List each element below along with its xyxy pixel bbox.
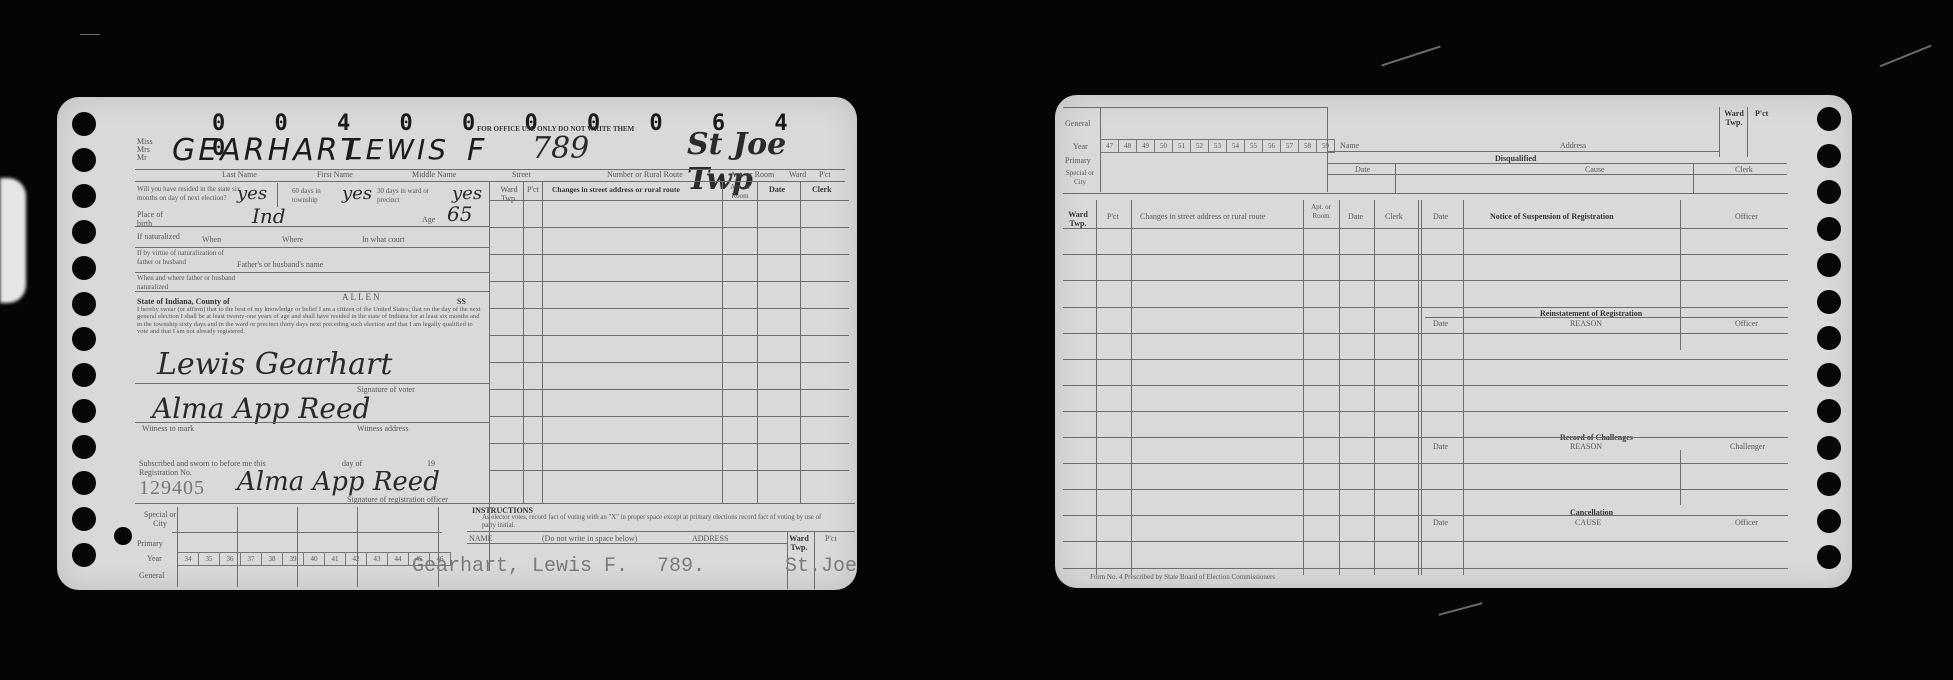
residence-township-answer: yes <box>342 183 372 204</box>
front-th-changes: Changes in street address or rural route <box>552 185 680 194</box>
punch-hole <box>72 327 96 351</box>
reinstatement-th-reason: REASON <box>1570 319 1602 328</box>
back-grid-label-primary: Primary <box>1065 156 1091 165</box>
punch-hole <box>72 543 96 567</box>
punch-holes-back <box>1817 107 1841 569</box>
suspension-th-date: Date <box>1433 212 1448 221</box>
registration-card-front: 0 0 4 0 0 0 0 0 6 4 0 FOR OFFICE USE ONL… <box>57 97 857 590</box>
back-name-label: Name <box>1340 141 1359 150</box>
punch-hole <box>72 507 96 531</box>
punch-holes <box>72 112 96 567</box>
punch-hole <box>72 399 96 423</box>
grid-label-special: Special or City <box>142 510 178 528</box>
punch-hole <box>1817 217 1841 241</box>
punch-hole <box>72 292 96 316</box>
label-pct: P'ct <box>819 170 831 179</box>
challenges-th-date: Date <box>1433 442 1448 451</box>
cancellation-th-date: Date <box>1433 518 1448 527</box>
fathers-name-label: Father's or husband's name <box>237 260 323 269</box>
back-date-label: Date <box>1355 165 1370 174</box>
back-th-ward: Ward Twp. <box>1065 210 1091 228</box>
punch-hole <box>72 184 96 208</box>
label-street: Street <box>512 170 531 179</box>
cancellation-th-cause: CAUSE <box>1575 518 1601 527</box>
punch-hole <box>1817 436 1841 460</box>
back-grid-label-year: Year <box>1073 142 1088 151</box>
label-ward: Ward <box>789 170 806 179</box>
grid-label-general: General <box>139 571 164 580</box>
front-th-clerk: Clerk <box>812 185 832 194</box>
cancellation-th-officer: Officer <box>1735 518 1758 527</box>
front-year-row: 34 35 36 37 38 39 40 41 42 43 44 45 46 <box>177 552 451 566</box>
label-first-name: First Name <box>317 170 353 179</box>
last-name-value: GEARHART <box>172 133 362 168</box>
age-label: Age <box>422 215 435 224</box>
punch-hole <box>1817 326 1841 350</box>
punch-hole <box>1817 472 1841 496</box>
film-scratch <box>1381 45 1441 66</box>
punch-hole <box>72 363 96 387</box>
punch-hole <box>72 112 96 136</box>
punch-hole <box>1817 545 1841 569</box>
residence-township-question: 60 days in township <box>292 187 332 205</box>
middle-name-value: F <box>467 133 484 168</box>
oath-text: I hereby swear (or affirm) that to the b… <box>137 306 482 336</box>
punch-hole <box>1817 399 1841 423</box>
naturalized-label: If naturalized <box>137 232 180 241</box>
naturalized-where-label: Where <box>282 235 303 244</box>
residence-ward-answer: yes <box>452 183 482 204</box>
registration-officer-signature: Alma App Reed <box>237 467 440 497</box>
instructions-text: As elector votes, record fact of voting … <box>482 514 827 529</box>
punch-hole <box>72 435 96 459</box>
back-pct-label: P'ct <box>1755 109 1768 118</box>
adjacent-card-edge <box>0 178 26 303</box>
residence-ward-question: 30 days in ward or precinct <box>377 187 437 205</box>
film-scratch <box>80 34 100 35</box>
by-virtue-label: If by virtue of naturalization of father… <box>137 249 227 267</box>
back-th-date: Date <box>1348 212 1363 221</box>
back-address-label: Address <box>1560 141 1586 150</box>
punch-hole <box>1817 290 1841 314</box>
voter-signature: Lewis Gearhart <box>157 347 392 382</box>
punch-hole <box>1817 144 1841 168</box>
grid-label-primary: Primary <box>137 539 163 548</box>
when-where-label: When and where father or husband natural… <box>137 274 237 292</box>
street-number-value: 789 <box>532 131 589 166</box>
form-footer: Form No. 4 Prescribed by State Board of … <box>1090 573 1275 582</box>
front-th-apt: Apt. or Room <box>725 183 755 201</box>
front-th-date: Date <box>769 185 785 194</box>
back-ward-label: Ward Twp. <box>1723 109 1745 127</box>
county-value: ALLEN <box>342 293 382 302</box>
back-th-clerk: Clerk <box>1385 212 1403 221</box>
label-rural-route: Number or Rural Route <box>607 170 683 179</box>
back-year-row: 47 48 49 50 51 52 53 54 55 56 57 58 59 <box>1100 139 1335 153</box>
disqualified-label: Disqualified <box>1495 154 1536 163</box>
footer-address-value: 789. <box>657 555 705 578</box>
film-scratch <box>1439 602 1483 616</box>
birth-place-value: Ind <box>252 204 286 228</box>
reinstatement-th-officer: Officer <box>1735 319 1758 328</box>
grid-label-year: Year <box>147 554 162 563</box>
punch-hole <box>72 220 96 244</box>
footer-name-value: Gearhart, Lewis F. <box>412 555 628 578</box>
residence-state-answer: yes <box>237 183 267 204</box>
punch-hole <box>1817 107 1841 131</box>
punch-hole <box>72 256 96 280</box>
back-cause-label: Cause <box>1585 165 1605 174</box>
first-name-value: LEWIS <box>347 133 449 166</box>
front-th-pct: P'ct <box>527 185 539 194</box>
suspension-th-officer: Officer <box>1735 212 1758 221</box>
back-th-apt: Apt. or Room <box>1305 203 1337 221</box>
ss-label: SS <box>457 297 466 306</box>
registration-card-back: General Year Primary Special or City 47 … <box>1055 95 1852 588</box>
footer-ward-value: St.Joe <box>785 555 857 578</box>
punch-hole <box>1817 363 1841 387</box>
challenges-th-challenger: Challenger <box>1730 442 1765 451</box>
registration-number: 129405 <box>139 477 205 500</box>
back-grid-label-special: Special or City <box>1065 169 1095 187</box>
back-grid-label-general: General <box>1065 119 1090 128</box>
naturalized-when-label: When <box>202 235 221 244</box>
punch-hole <box>1817 180 1841 204</box>
witness-signature: Alma App Reed <box>152 392 370 425</box>
footer-name-label: NAME <box>469 534 493 543</box>
registration-label: Registration No. <box>139 468 192 477</box>
age-value: 65 <box>447 202 472 226</box>
punch-hole <box>72 148 96 172</box>
state-county-label: State of Indiana, County of <box>137 297 230 306</box>
challenges-th-reason: REASON <box>1570 442 1602 451</box>
punch-hole <box>1817 509 1841 533</box>
footer-pct-label: P'ct <box>825 534 837 543</box>
label-apt: Apt. or Room <box>730 170 774 179</box>
footer-address-label: ADDRESS <box>692 534 728 543</box>
punch-hole-extra <box>114 527 132 545</box>
title-mr: Mr <box>137 153 147 162</box>
witness-address-label: Witness address <box>357 424 408 433</box>
punch-hole <box>72 471 96 495</box>
back-clerk-label: Clerk <box>1735 165 1753 174</box>
back-th-changes: Changes in street address or rural route <box>1140 212 1265 221</box>
label-last-name: Last Name <box>222 170 257 179</box>
label-middle-name: Middle Name <box>412 170 456 179</box>
reinstatement-th-date: Date <box>1433 319 1448 328</box>
back-th-pct: P'ct <box>1107 212 1119 221</box>
footer-ward-label: Ward Twp. <box>789 534 809 552</box>
punch-hole <box>1817 253 1841 277</box>
naturalized-court-label: In what court <box>362 235 405 244</box>
witness-label: Witness to mark <box>142 424 194 433</box>
footer-note: (Do not write in space below) <box>542 534 637 543</box>
suspension-th-notice: Notice of Suspension of Registration <box>1490 212 1614 221</box>
film-scratch <box>1880 45 1932 67</box>
